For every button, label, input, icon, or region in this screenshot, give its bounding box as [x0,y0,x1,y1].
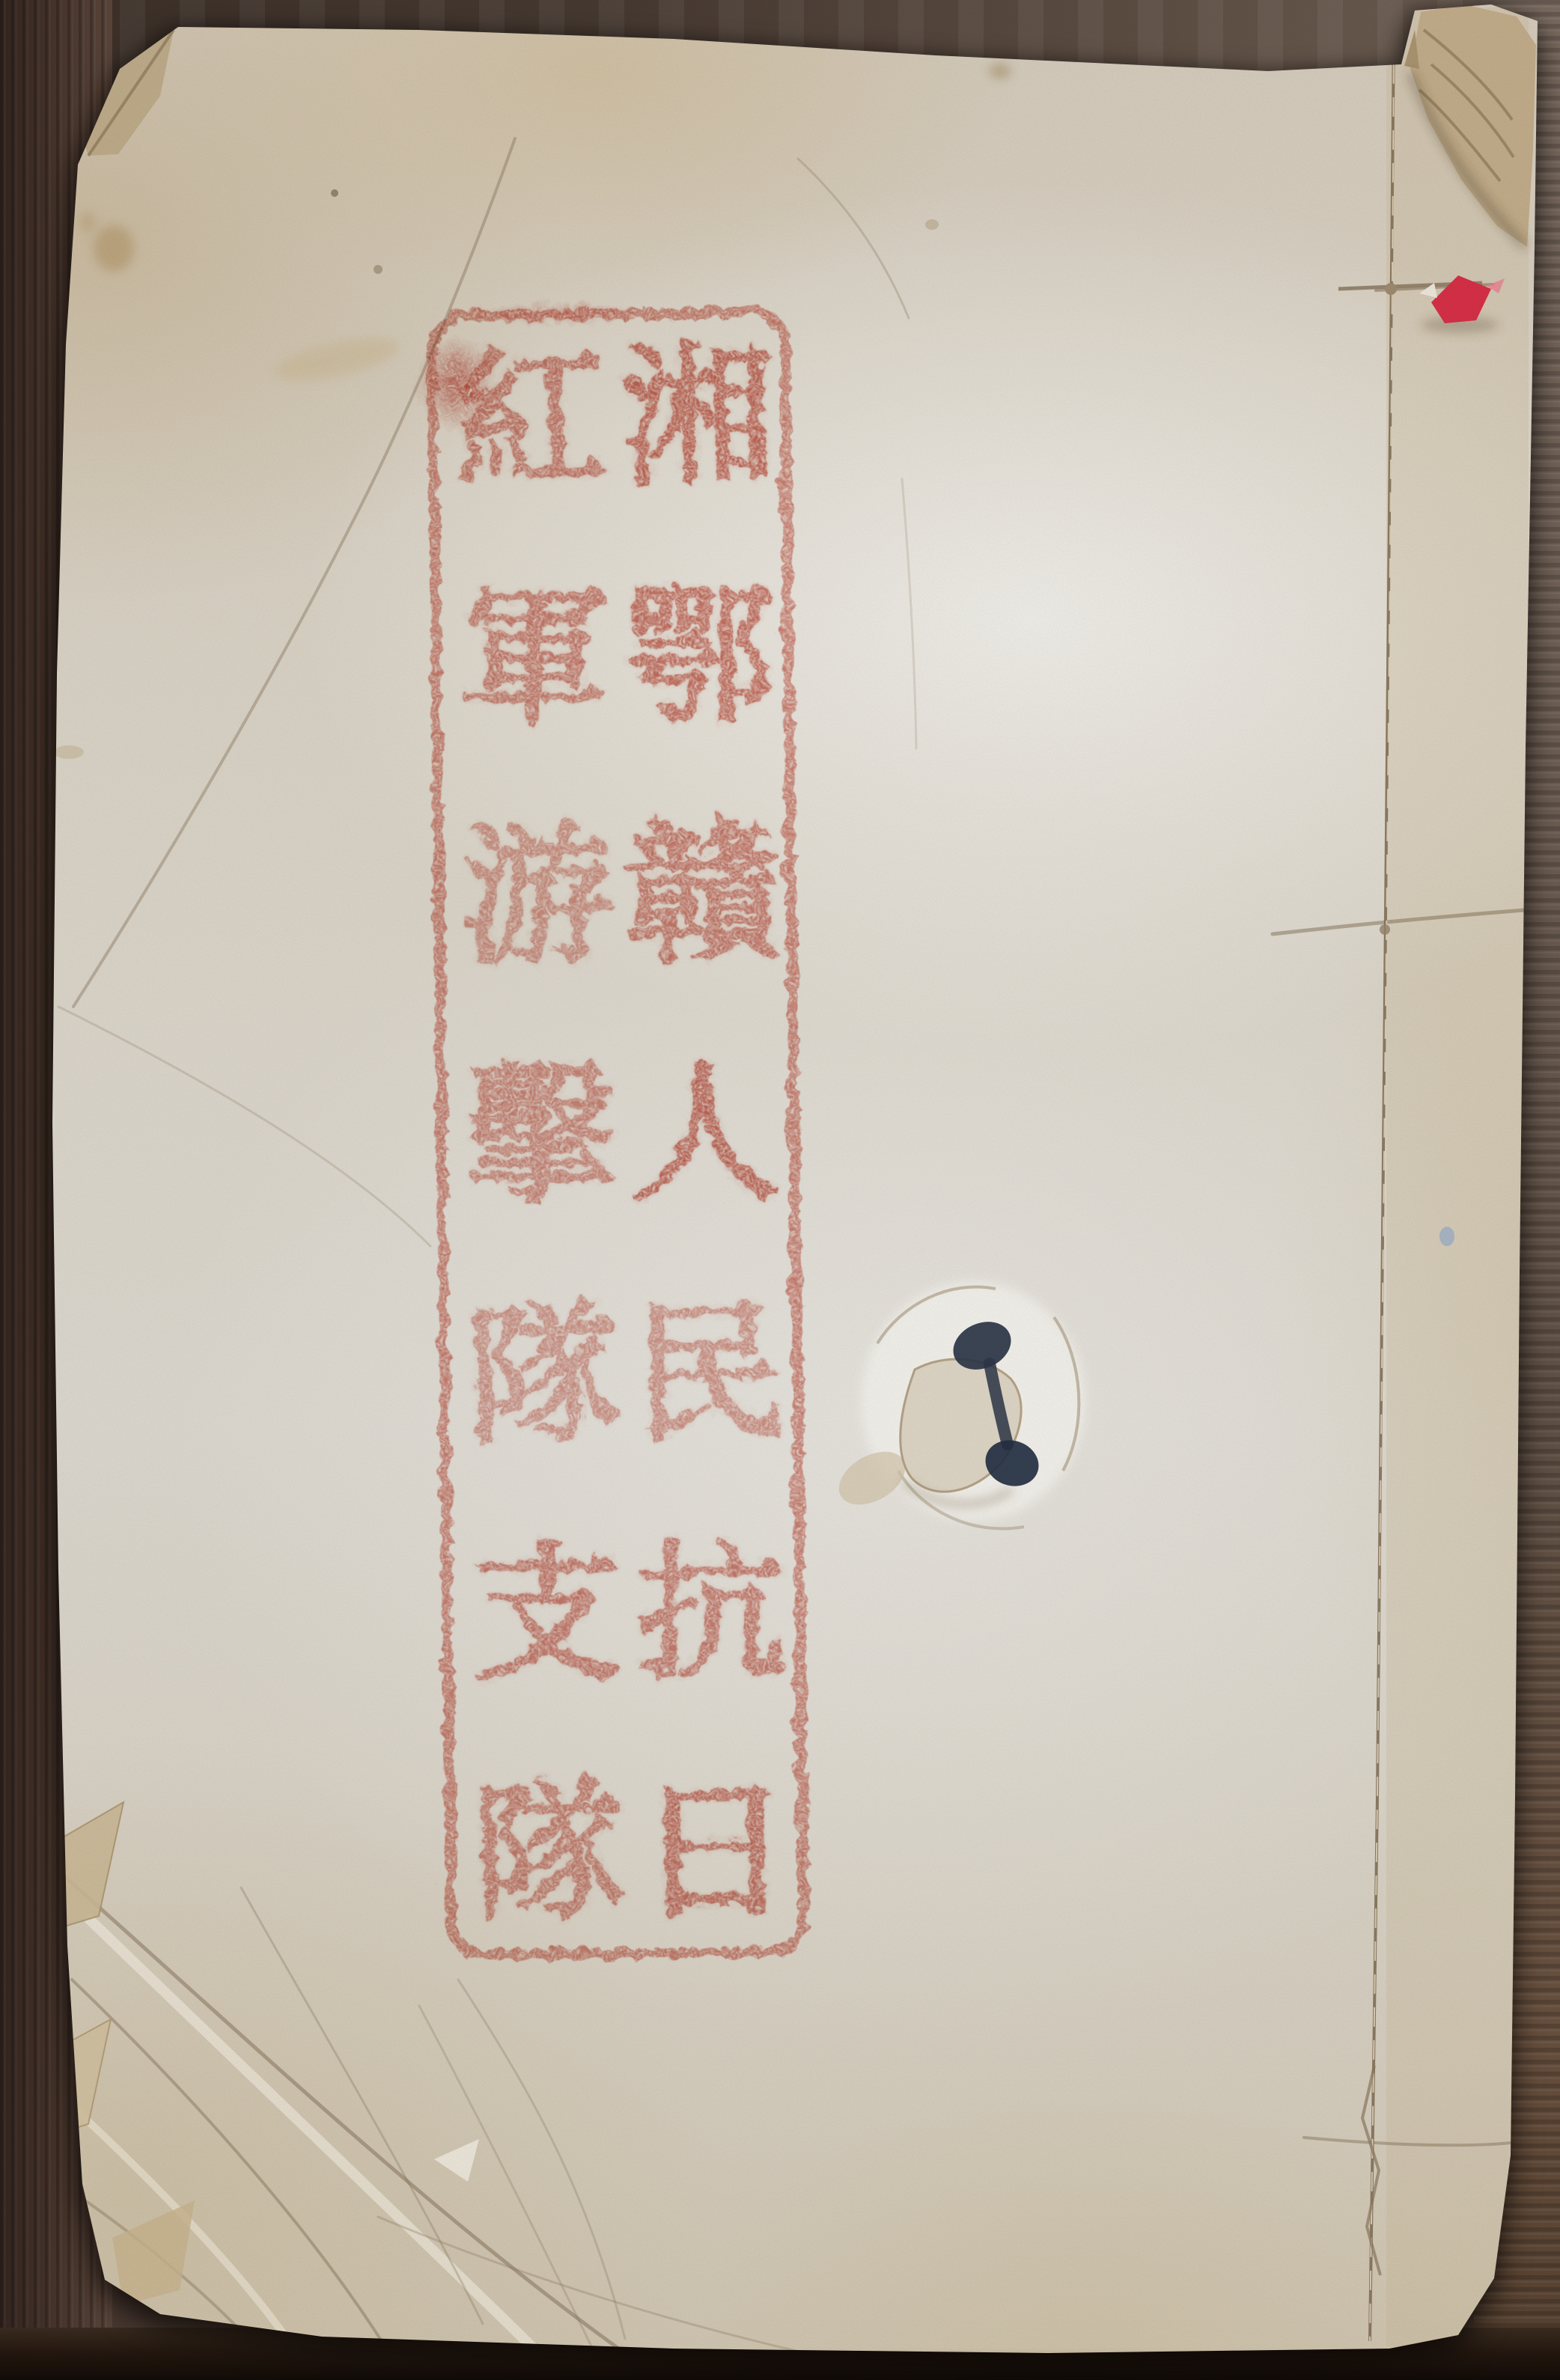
seal-character: 游 [455,816,614,971]
seal-character: 人 [627,1055,779,1207]
seal-character: 民 [626,1293,784,1448]
blue-paper-fleck [1439,1227,1454,1246]
seal-character: 日 [632,1771,790,1926]
seal-character: 擊 [462,1058,614,1209]
seal-character: 贛 [620,814,779,970]
booklet-cover: 湘 鄂 贛 人 民 抗 日 紅 軍 游 擊 隊 支 隊 [0,0,1560,2380]
red-seal-stamp: 湘 鄂 贛 人 民 抗 日 紅 軍 游 擊 隊 支 隊 [423,303,807,1959]
spine-fold-band [1386,7,1529,2346]
seal-character: 隊 [467,1773,626,1929]
thread-knot [1380,924,1390,935]
seal-character: 鄂 [621,577,773,729]
thread-knot [1385,283,1397,295]
booklet-shadow-wrap: 湘 鄂 贛 人 民 抗 日 紅 軍 游 擊 隊 支 隊 [0,0,1560,2380]
dog-ear-top-left [76,30,174,156]
seal-character: 支 [467,1536,619,1688]
seal-column-left: 紅 軍 游 擊 隊 支 隊 [448,339,627,1927]
seal-character: 湘 [614,335,773,491]
seal-character: 軍 [456,579,608,731]
center-tear [829,1281,1085,1529]
seal-character: 隊 [461,1295,620,1450]
seal-column-right: 湘 鄂 贛 人 民 抗 日 [612,337,792,1925]
seal-character: 抗 [632,1534,784,1685]
photograph: 湘 鄂 贛 人 民 抗 日 紅 軍 游 擊 隊 支 隊 [0,0,1560,2380]
seal-character: 紅 [449,338,608,493]
